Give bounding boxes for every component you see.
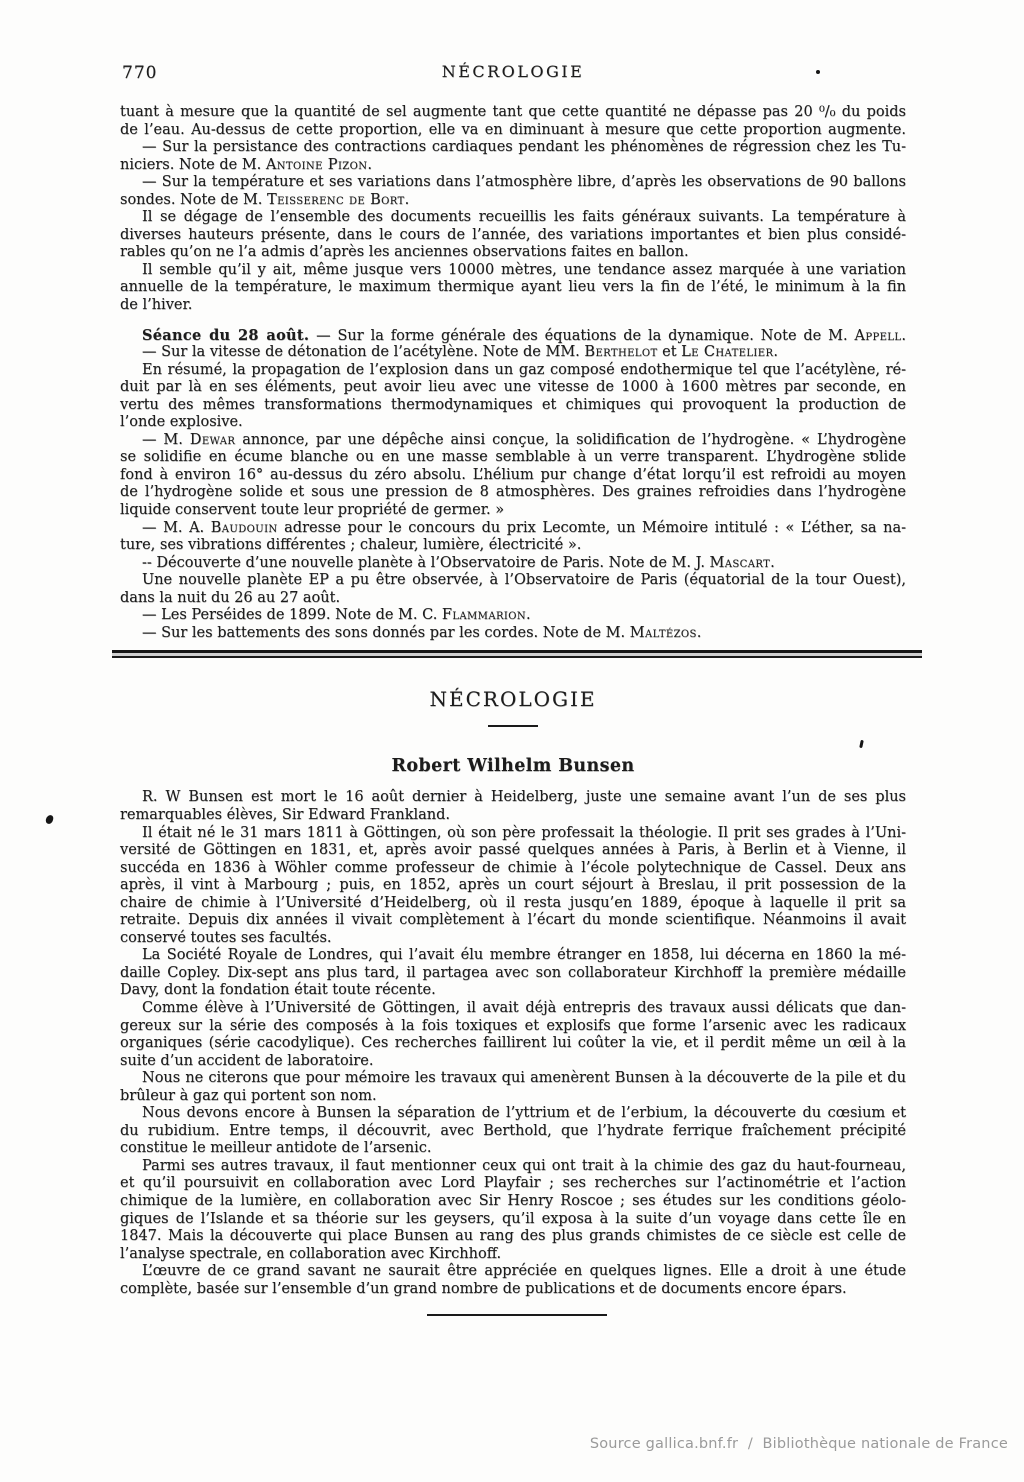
text-line: succéda en 1836 à Wöhler comme professeu… [120,860,906,878]
text-line: annuelle de la température, le maximum t… [120,279,906,297]
text-line: diverses hauteurs présente, dans le cour… [120,227,906,245]
text-line: En résumé, la propagation de l’explosion… [120,362,906,380]
text-line: Nous ne citerons que pour mémoire les tr… [120,1070,906,1088]
text-line: — Les Perséides de 1899. Note de M. C. F… [120,607,906,625]
title-rule [488,725,538,727]
text-line: versité de Göttingen en 1831, et, après … [120,842,906,860]
paragraph: — M. Dewar annonce, par une dépêche ains… [120,432,906,520]
paragraph: tuant à mesure que la quantité de sel au… [120,104,906,139]
text-line: — Sur les battements des sons donnés par… [120,625,906,643]
section-divider-rule [112,650,922,658]
academy-notes-text: tuant à mesure que la quantité de sel au… [120,104,906,642]
page-column: tuant à mesure que la quantité de sel au… [120,104,906,1316]
text-line: chaire de chimie à l’Université d’Heidel… [120,895,906,913]
running-title: NÉCROLOGIE [120,62,906,81]
text-line: constitue le meilleur antidote de l’arse… [120,1140,906,1158]
scanned-page: 770 NÉCROLOGIE tuant à mesure que la qua… [0,0,1024,1482]
text-line: dans la nuit du 26 au 27 août. [120,590,906,608]
text-line: du rubidium. Entre temps, il découvrit, … [120,1123,906,1141]
paragraph: Comme élève à l’Université de Göttingen,… [120,1000,906,1070]
paragraph: Il se dégage de l’ensemble des documents… [120,209,906,262]
text-line: R. W Bunsen est mort le 16 août dernier … [120,789,906,807]
paragraph: — M. A. Baudouin adresse pour le concour… [120,520,906,555]
text-line: — Sur la persistance des contractions ca… [120,139,906,157]
paragraph: R. W Bunsen est mort le 16 août dernier … [120,789,906,824]
paragraph: -- Découverte d’une nouvelle planète à l… [120,555,906,573]
text-line: Davy, dont la fondation était toute réce… [120,982,906,1000]
text-line: suite d’un accident de laboratoire. [120,1053,906,1071]
paragraph: Nous devons encore à Bunsen la séparatio… [120,1105,906,1158]
section-title: NÉCROLOGIE [120,688,906,711]
text-line: de l’eau. Au-dessus de cette proportion,… [120,122,906,140]
ink-speck [870,452,873,455]
paragraph: — Sur la température et ses variations d… [120,174,906,209]
source-attribution: Source gallica.bnf.fr / Bibliothèque nat… [590,1436,1008,1452]
paragraph: — Sur la persistance des contractions ca… [120,139,906,174]
text-line: — M. A. Baudouin adresse pour le concour… [120,520,906,538]
text-line: chimique de la lumière, en collaboration… [120,1193,906,1211]
academy-notes-section: tuant à mesure que la quantité de sel au… [120,104,906,642]
text-line: vertu des mêmes transformations thermody… [120,397,906,415]
text-line: Une nouvelle planète EP a pu être observ… [120,572,906,590]
text-line: de l’hiver. [120,297,906,315]
paragraph: L’œuvre de ce grand savant ne saurait êt… [120,1263,906,1298]
page-header: 770 NÉCROLOGIE [120,62,906,84]
paragraph: — Sur les battements des sons donnés par… [120,625,906,643]
paragraph: Parmi ses autres travaux, il faut mentio… [120,1158,906,1263]
text-line: La Société Royale de Londres, qui l’avai… [120,947,906,965]
ink-speck [45,814,54,825]
paragraph: En résumé, la propagation de l’explosion… [120,362,906,432]
paragraph: Nous ne citerons que pour mémoire les tr… [120,1070,906,1105]
text-line: — M. Dewar annonce, par une dépêche ains… [120,432,906,450]
paragraph: — Les Perséides de 1899. Note de M. C. F… [120,607,906,625]
text-line: Il était né le 31 mars 1811 à Göttingen,… [120,825,906,843]
text-line: liquide conservent toute leur propriété … [120,502,906,520]
text-line: fond à environ 16° au-dessus du zéro abs… [120,467,906,485]
text-line: brûleur à gaz qui portent son nom. [120,1088,906,1106]
text-line: giques de l’Islande et sa théorie sur le… [120,1211,906,1229]
text-line: l’analyse spectrale, en collaboration av… [120,1246,906,1264]
text-line: — Sur la vitesse de détonation de l’acét… [120,344,906,362]
source-footer: Source gallica.bnf.fr / Bibliothèque nat… [571,1420,1008,1468]
text-line: se solidifie en écume blanche ou en une … [120,449,906,467]
text-line: tuant à mesure que la quantité de sel au… [120,104,906,122]
text-line: conservé toutes ses facultés. [120,930,906,948]
text-line: Parmi ses autres travaux, il faut mentio… [120,1158,906,1176]
text-line: L’œuvre de ce grand savant ne saurait êt… [120,1263,906,1281]
text-line: sondes. Note de M. Teisserenc de Bort. [120,192,906,210]
text-line: duit par là en ses éléments, peut avoir … [120,379,906,397]
text-line: gereux sur la série des composés à la fo… [120,1018,906,1036]
text-line: Il se dégage de l’ensemble des documents… [120,209,906,227]
text-line: ture, ses vibrations différentes ; chale… [120,537,906,555]
text-line: et qu’il poursuivit en collaboration ave… [120,1175,906,1193]
text-line: après, il vint à Marbourg ; puis, en 185… [120,877,906,895]
necrologie-section: NÉCROLOGIE Robert Wilhelm Bunsen R. W Bu… [120,688,906,1316]
text-line: remarquables élèves, Sir Edward Franklan… [120,807,906,825]
text-line: daille Copley. Dix-sept ans plus tard, i… [120,965,906,983]
paragraph: — Sur la vitesse de détonation de l’acét… [120,344,906,362]
ink-speck [816,70,820,74]
text-line: organiques (série cacodylique). Ces rech… [120,1035,906,1053]
text-line: retraite. Depuis dix années il vivait co… [120,912,906,930]
end-rule [427,1314,607,1316]
text-line: Nous devons encore à Bunsen la séparatio… [120,1105,906,1123]
text-line: Comme élève à l’Université de Göttingen,… [120,1000,906,1018]
paragraph: La Société Royale de Londres, qui l’avai… [120,947,906,1000]
text-line: l’onde explosive. [120,414,906,432]
obituary-text: R. W Bunsen est mort le 16 août dernier … [120,789,906,1298]
text-line: Séance du 28 août. — Sur la forme généra… [120,327,906,345]
obituary-title: Robert Wilhelm Bunsen [120,756,906,776]
text-line: — Sur la température et ses variations d… [120,174,906,192]
text-line: 1847. Mais la découverte qui place Bunse… [120,1228,906,1246]
text-line: Il semble qu’il y ait, même jusque vers … [120,262,906,280]
paragraph: Il était né le 31 mars 1811 à Göttingen,… [120,825,906,948]
text-line: -- Découverte d’une nouvelle planète à l… [120,555,906,573]
text-line: rables qu’on ne l’a admis d’après les an… [120,244,906,262]
paragraph: Séance du 28 août. — Sur la forme généra… [120,327,906,345]
text-line: de l’hydrogène solide et sous une pressi… [120,484,906,502]
text-line: complète, basée sur l’ensemble d’un gran… [120,1281,906,1299]
paragraph: Il semble qu’il y ait, même jusque vers … [120,262,906,315]
text-line: niciers. Note de M. Antoine Pizon. [120,157,906,175]
paragraph: Une nouvelle planète EP a pu être observ… [120,572,906,607]
